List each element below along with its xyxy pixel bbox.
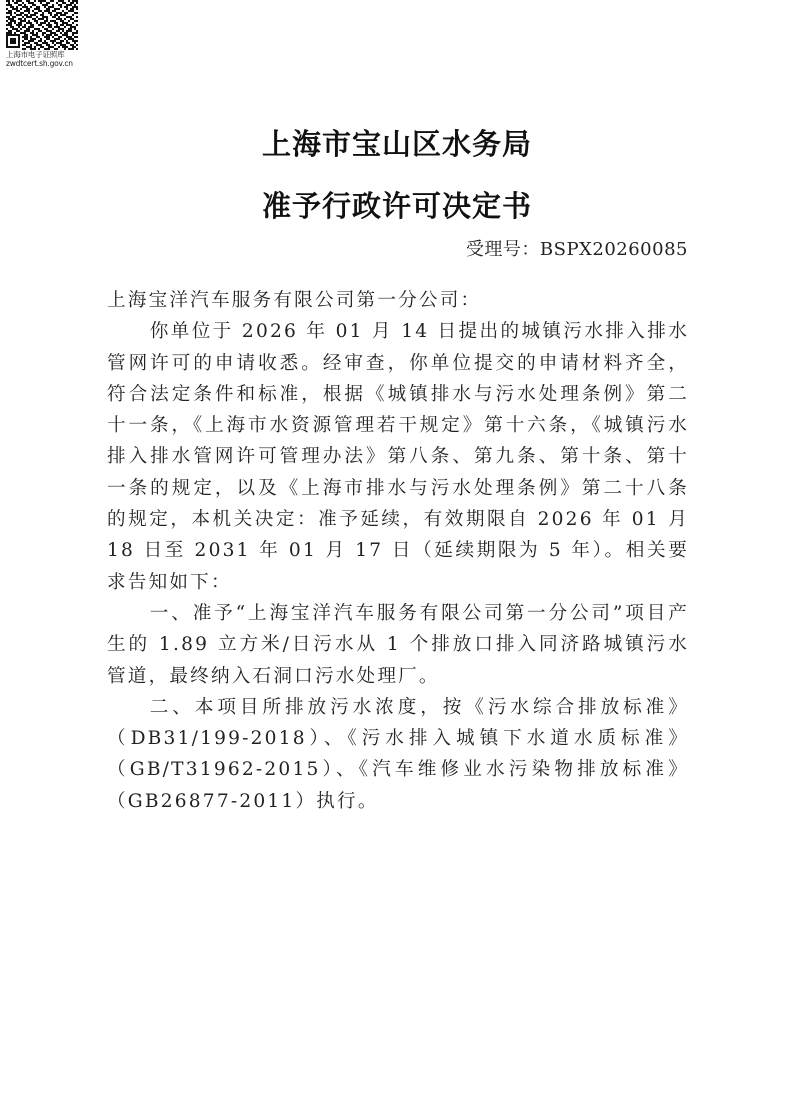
qr-caption-title: 上海市电子证照库 — [6, 50, 82, 59]
decision-paragraph: 你单位于 2026 年 01 月 14 日提出的城镇污水排入排水管网许可的申请收… — [107, 316, 689, 598]
issuer-title: 上海市宝山区水务局 — [0, 122, 794, 163]
reference-label: 受理号： — [466, 239, 540, 260]
document-body: 上海宝洋汽车服务有限公司第一分公司： 你单位于 2026 年 01 月 14 日… — [107, 285, 689, 817]
addressee: 上海宝洋汽车服务有限公司第一分公司： — [107, 285, 689, 316]
qr-code-icon — [6, 0, 80, 50]
requirement-item-2: 二、本项目所排放污水浓度，按《污水综合排放标准》（DB31/199-2018）、… — [107, 692, 689, 817]
reference-number: BSPX20260085 — [540, 239, 688, 260]
reference-number-line: 受理号：BSPX20260085 — [466, 235, 688, 261]
requirement-item-1: 一、准予“上海宝洋汽车服务有限公司第一分公司”项目产生的 1.89 立方米/日污… — [107, 598, 689, 692]
document-type-title: 准予行政许可决定书 — [0, 184, 794, 225]
qr-caption-url: zwdtcert.sh.gov.cn — [6, 59, 82, 68]
qr-code-block: 上海市电子证照库 zwdtcert.sh.gov.cn — [6, 0, 82, 68]
